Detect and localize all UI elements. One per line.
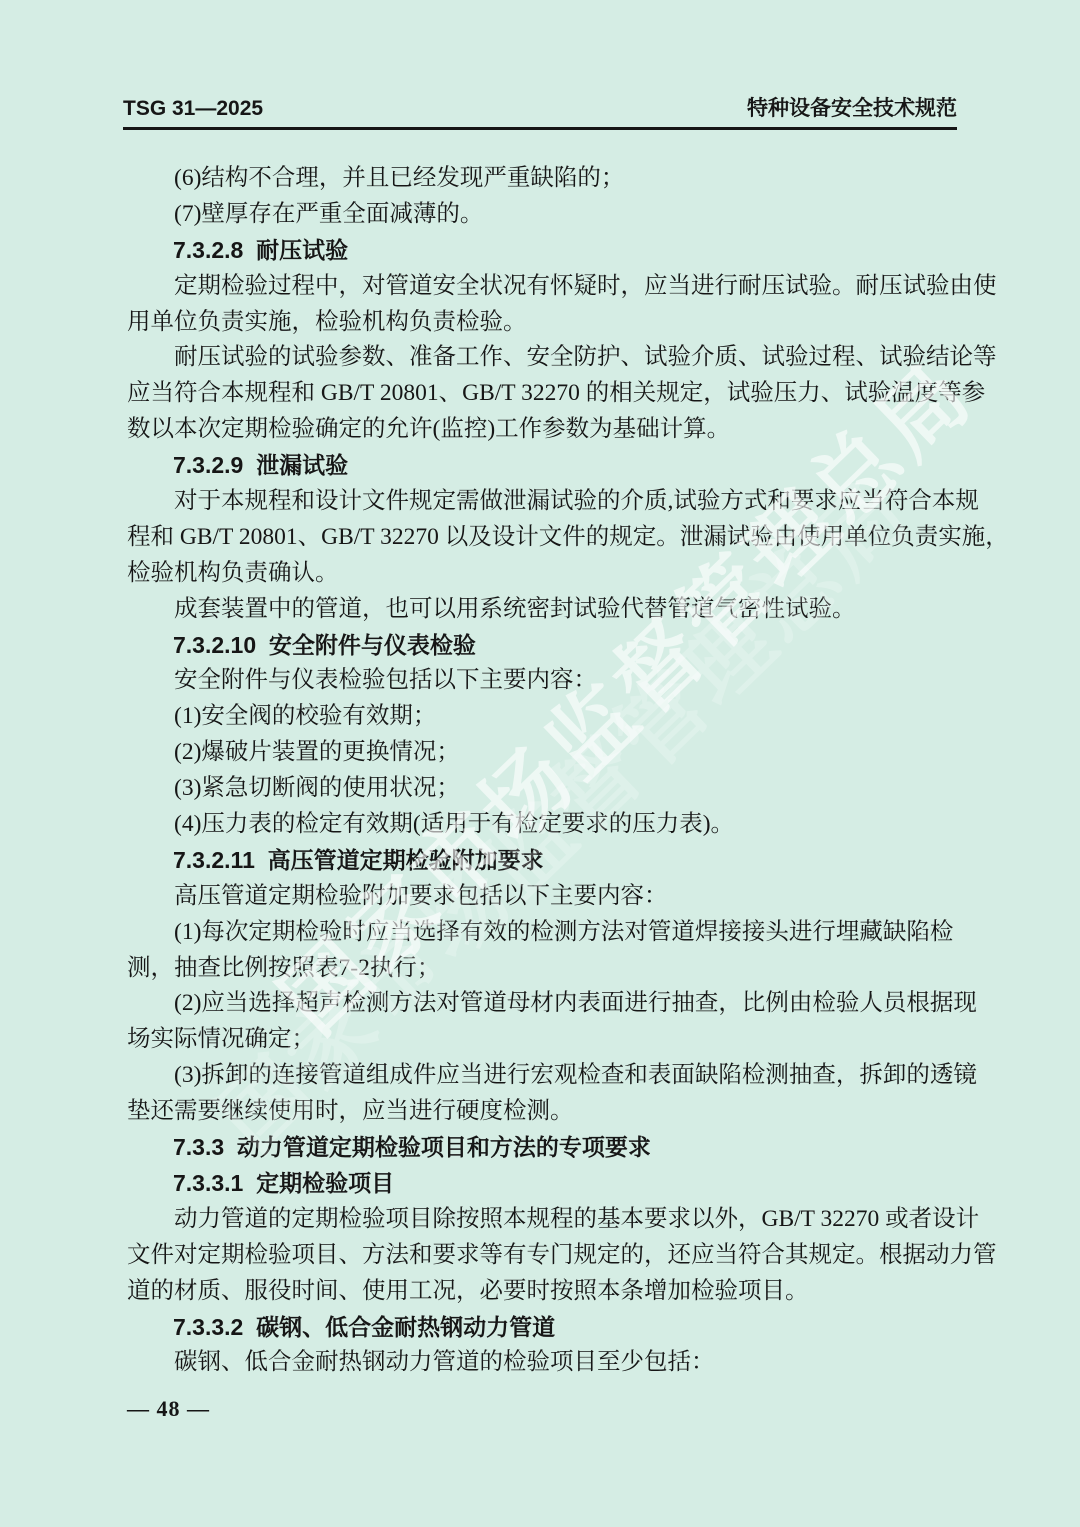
section-heading: 7.3.2.9 泄漏试验	[127, 448, 959, 484]
section-heading: 7.3.2.8 耐压试验	[127, 233, 959, 269]
page-header: TSG 31—2025 特种设备安全技术规范	[123, 96, 957, 122]
text-line: (6)结构不合理，并且已经发现严重缺陷的；	[127, 161, 959, 197]
header-doc-title: 特种设备安全技术规范	[747, 96, 957, 122]
text-line: 程和 GB/T 20801、GB/T 32270 以及设计文件的规定。泄漏试验由…	[127, 520, 959, 556]
section-heading: 7.3.3.2 碳钢、低合金耐热钢动力管道	[127, 1310, 959, 1346]
document-body: (6)结构不合理，并且已经发现严重缺陷的；(7)壁厚存在严重全面减薄的。7.3.…	[127, 161, 959, 1381]
text-line: 应当符合本规程和 GB/T 20801、GB/T 32270 的相关规定，试验压…	[127, 376, 959, 412]
text-line: 文件对定期检验项目、方法和要求等有专门规定的，还应当符合其规定。根据动力管	[127, 1238, 959, 1274]
document-page: TSG 31—2025 特种设备安全技术规范 (6)结构不合理，并且已经发现严重…	[0, 0, 1080, 1527]
text-line: (1)安全阀的校验有效期；	[127, 699, 959, 735]
page-footer: — 48 —	[127, 1396, 210, 1422]
text-line: (3)紧急切断阀的使用状况；	[127, 771, 959, 807]
text-line: 成套装置中的管道，也可以用系统密封试验代替管道气密性试验。	[127, 592, 959, 628]
text-line: (7)壁厚存在严重全面减薄的。	[127, 197, 959, 233]
section-heading: 7.3.3.1 定期检验项目	[127, 1166, 959, 1202]
text-line: 耐压试验的试验参数、准备工作、安全防护、试验介质、试验过程、试验结论等	[127, 340, 959, 376]
text-line: 安全附件与仪表检验包括以下主要内容：	[127, 663, 959, 699]
text-line: 数以本次定期检验确定的允许(监控)工作参数为基础计算。	[127, 412, 959, 448]
text-line: 碳钢、低合金耐热钢动力管道的检验项目至少包括：	[127, 1345, 959, 1381]
text-line: 定期检验过程中，对管道安全状况有怀疑时，应当进行耐压试验。耐压试验由使	[127, 269, 959, 305]
header-doc-code: TSG 31—2025	[123, 96, 263, 122]
text-line: 动力管道的定期检验项目除按照本规程的基本要求以外，GB/T 32270 或者设计	[127, 1202, 959, 1238]
text-line: 检验机构负责确认。	[127, 556, 959, 592]
text-line: (4)压力表的检定有效期(适用于有检定要求的压力表)。	[127, 807, 959, 843]
text-line: (3)拆卸的连接管道组成件应当进行宏观检查和表面缺陷检测抽查，拆卸的透镜	[127, 1058, 959, 1094]
text-line: (2)爆破片装置的更换情况；	[127, 735, 959, 771]
text-line: (2)应当选择超声检测方法对管道母材内表面进行抽查，比例由检验人员根据现	[127, 986, 959, 1022]
text-line: 场实际情况确定；	[127, 1022, 959, 1058]
section-heading: 7.3.3 动力管道定期检验项目和方法的专项要求	[127, 1130, 959, 1166]
header-rule	[123, 127, 957, 130]
section-heading: 7.3.2.10 安全附件与仪表检验	[127, 628, 959, 664]
page-number: — 48 —	[127, 1396, 210, 1421]
text-line: 高压管道定期检验附加要求包括以下主要内容：	[127, 879, 959, 915]
text-line: 对于本规程和设计文件规定需做泄漏试验的介质,试验方式和要求应当符合本规	[127, 484, 959, 520]
text-line: 测，抽查比例按照表7-2执行；	[127, 951, 959, 987]
text-line: 垫还需要继续使用时，应当进行硬度检测。	[127, 1094, 959, 1130]
section-heading: 7.3.2.11 高压管道定期检验附加要求	[127, 843, 959, 879]
text-line: (1)每次定期检验时应当选择有效的检测方法对管道焊接接头进行埋藏缺陷检	[127, 915, 959, 951]
text-line: 道的材质、服役时间、使用工况，必要时按照本条增加检验项目。	[127, 1274, 959, 1310]
text-line: 用单位负责实施，检验机构负责检验。	[127, 305, 959, 341]
